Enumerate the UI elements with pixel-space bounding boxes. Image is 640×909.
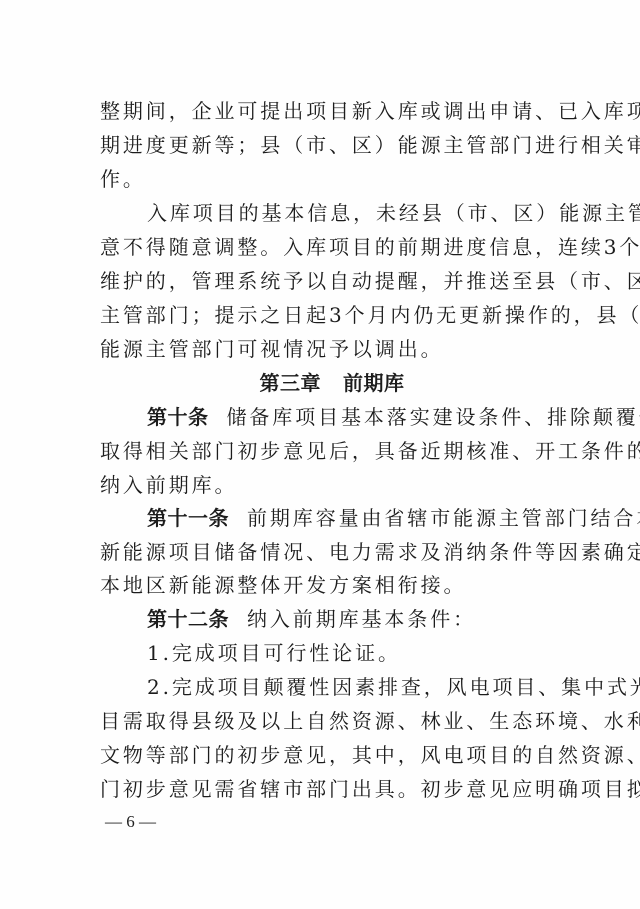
article-label: 第十一条 [147, 506, 229, 530]
paragraph-line: 作。 [100, 162, 566, 196]
paragraph-line: 能源主管部门可视情况予以调出。 [100, 332, 566, 366]
paragraph-line: 整期间，企业可提出项目新入库或调出申请、已入库项目前 [100, 94, 566, 128]
item-1: 1.完成项目可行性论证。 [147, 636, 566, 670]
chapter-number: 第三章 [260, 371, 322, 395]
paragraph-line: 期进度更新等；县（市、区）能源主管部门进行相关审核操 [100, 128, 566, 162]
item-2-line-3: 文物等部门的初步意见，其中，风电项目的自然资源、林业部 [100, 738, 566, 772]
article-11-line-1: 第十一条前期库容量由省辖市能源主管部门结合本地区 [147, 501, 566, 535]
article-11-line-3: 本地区新能源整体开发方案相衔接。 [100, 568, 566, 602]
item-2-line-4: 门初步意见需省辖市部门出具。初步意见应明确项目拟建区域 [100, 772, 566, 806]
article-10-line-3: 纳入前期库。 [100, 468, 566, 502]
item-2-line-2: 目需取得县级及以上自然资源、林业、生态环境、水利、军事、 [100, 704, 566, 738]
page-number: — 6 — [105, 808, 156, 836]
article-label: 第十二条 [147, 607, 229, 631]
item-2-line-1: 2.完成项目颠覆性因素排查，风电项目、集中式光伏发电项 [147, 670, 566, 704]
article-11-line-2: 新能源项目储备情况、电力需求及消纳条件等因素确定，并与 [100, 535, 566, 569]
article-label: 第十条 [147, 405, 209, 429]
paragraph-line: 主管部门；提示之日起3个月内仍无更新操作的，县（市、区） [100, 298, 566, 332]
chapter-title: 前期库 [343, 371, 405, 395]
paragraph-line: 意不得随意调整。入库项目的前期进度信息，连续3个月内无 [100, 230, 566, 264]
paragraph-line: 维护的，管理系统予以自动提醒，并推送至县（市、区）能源 [100, 264, 566, 298]
article-10-line-2: 取得相关部门初步意见后，具备近期核准、开工条件的，推送 [100, 434, 566, 468]
chapter-heading: 第三章前期库 [0, 366, 640, 400]
document-page: 整期间，企业可提出项目新入库或调出申请、已入库项目前 期进度更新等；县（市、区）… [0, 0, 640, 909]
paragraph-line: 入库项目的基本信息，未经县（市、区）能源主管部门同 [147, 196, 566, 230]
article-12-line-1: 第十二条纳入前期库基本条件： [147, 602, 566, 636]
article-10-line-1: 第十条储备库项目基本落实建设条件、排除颠覆性因素、 [147, 400, 566, 434]
